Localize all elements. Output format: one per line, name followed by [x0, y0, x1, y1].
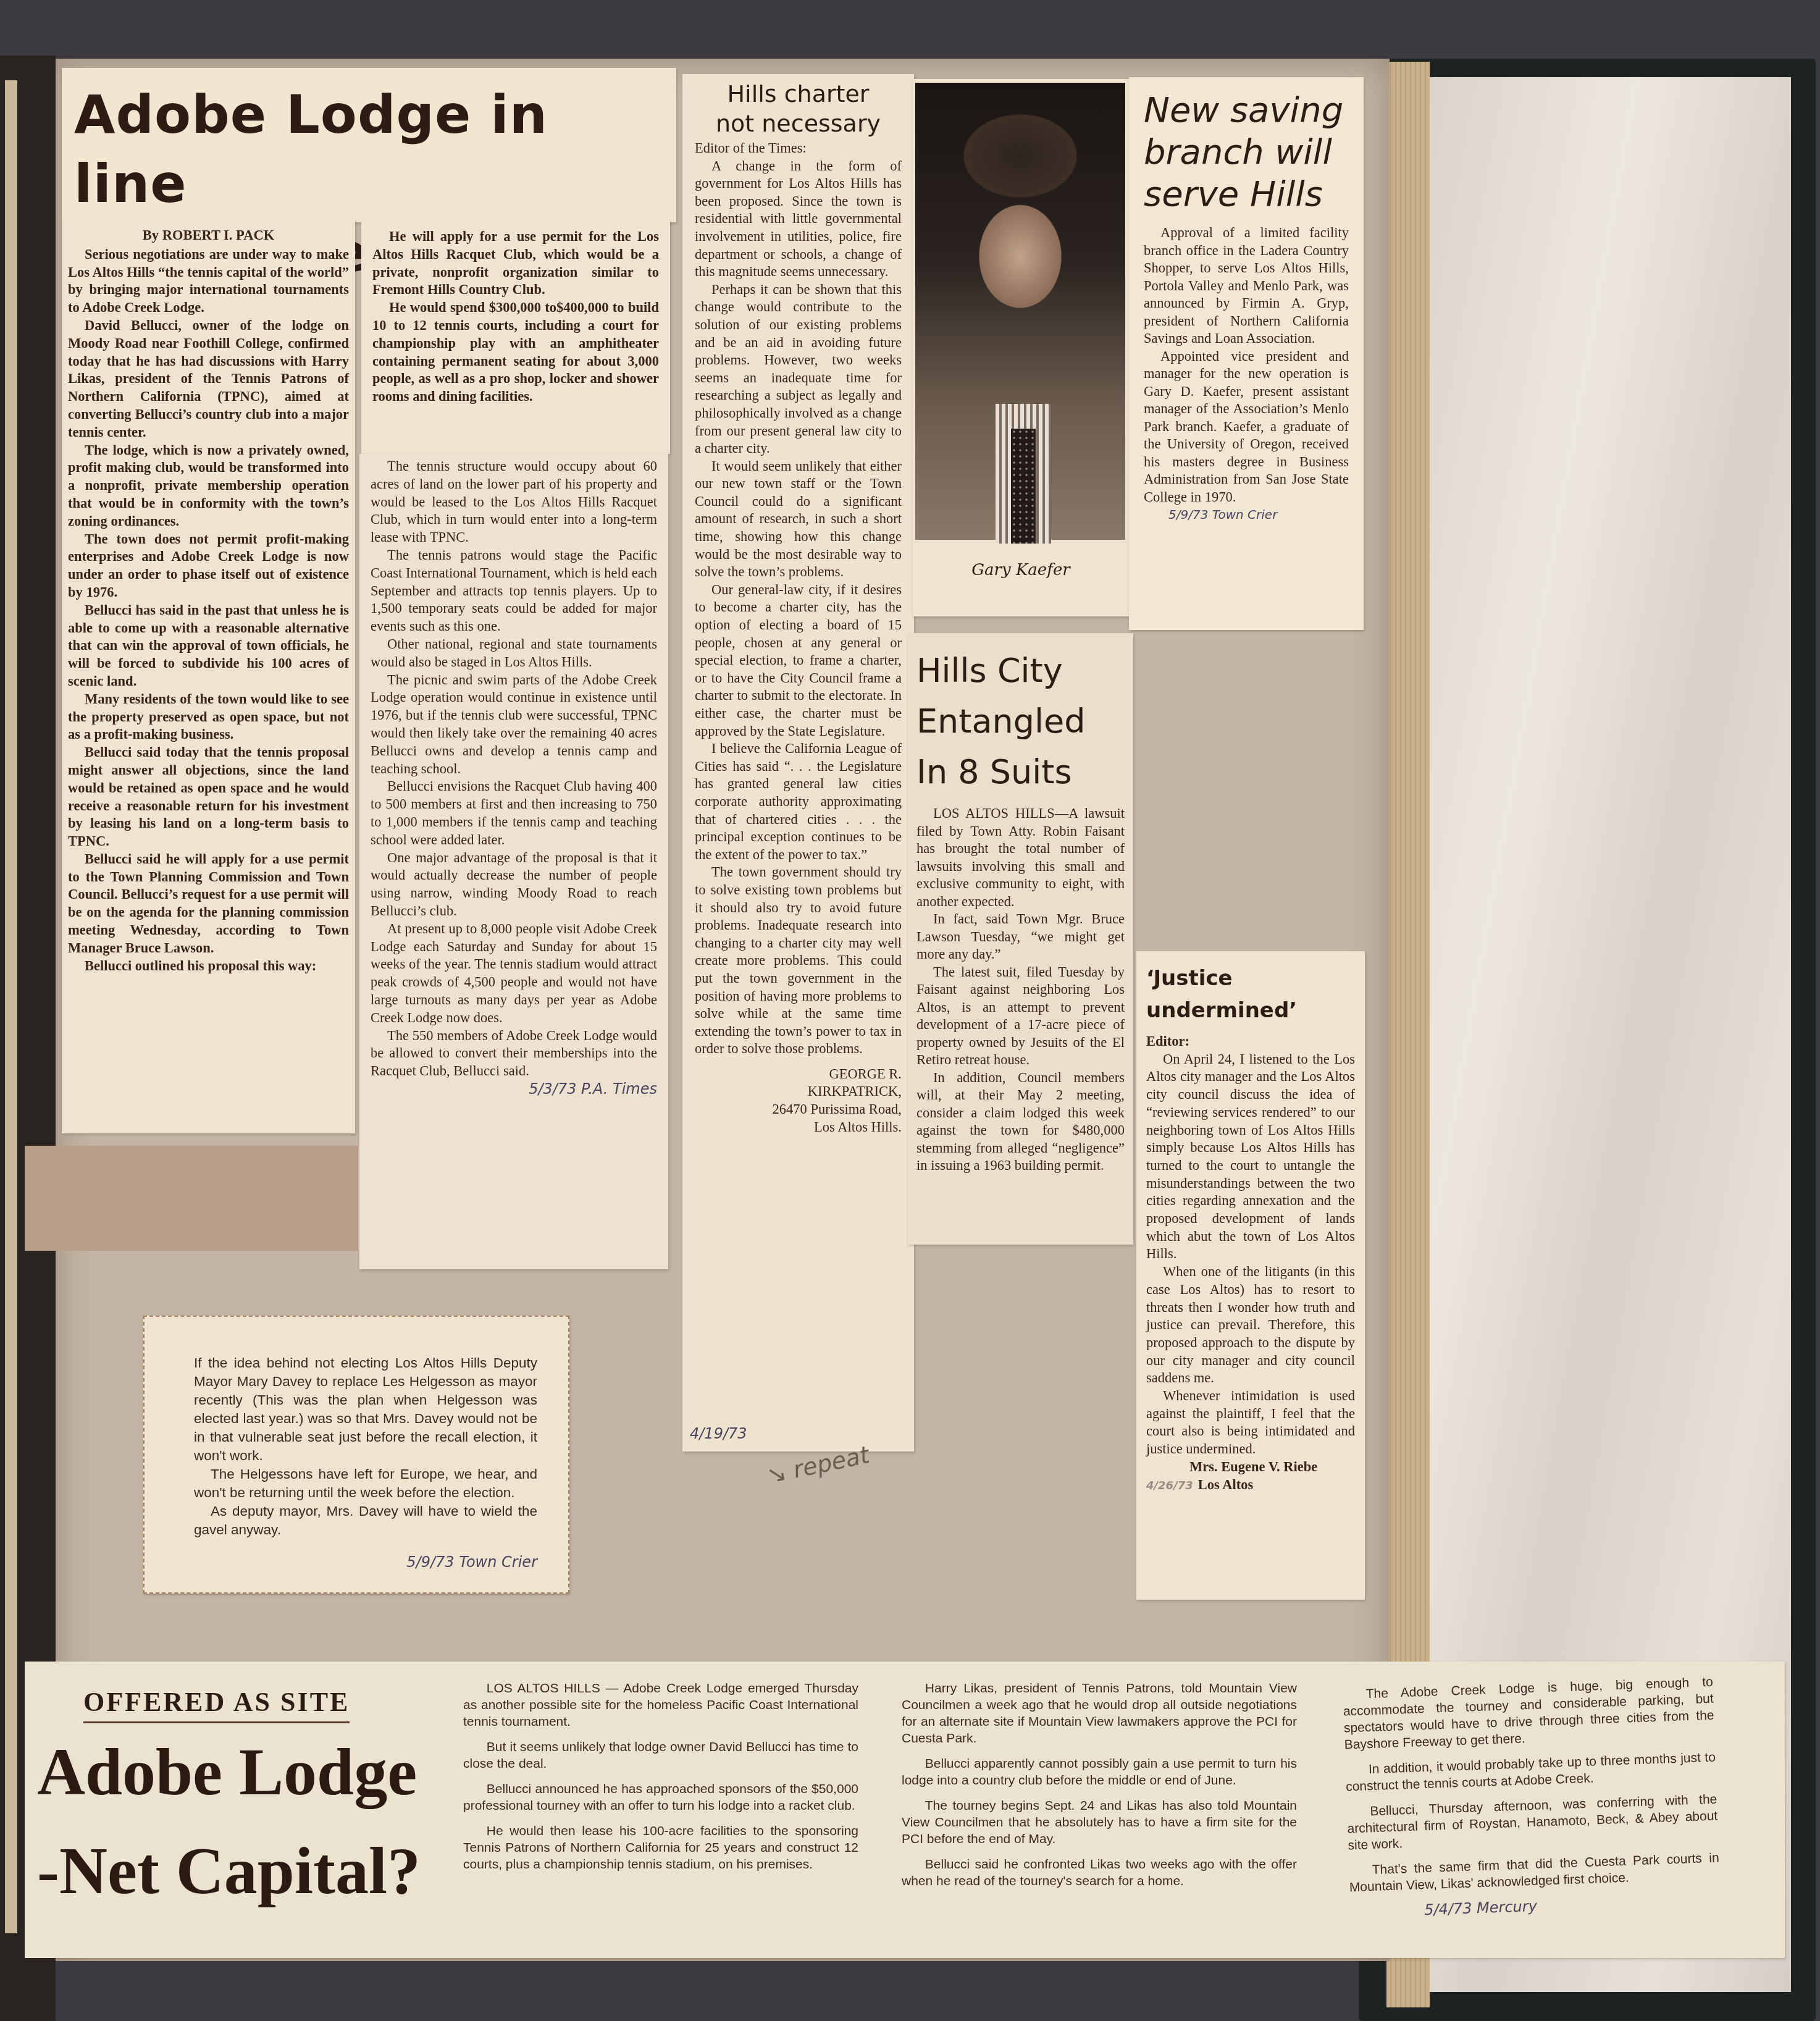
signature-name: Mrs. Eugene V. Riebe — [1146, 1458, 1355, 1476]
paragraph: When one of the litigants (in this case … — [1146, 1263, 1355, 1387]
article-adobe-lodge-column-1: By ROBERT I. PACK Serious negotiations a… — [62, 219, 355, 1133]
paragraph: But it seems unlikely that lodge owner D… — [463, 1739, 858, 1772]
paragraph: In addition, it would probably take up t… — [1345, 1749, 1717, 1796]
paragraph: Appointed vice president and manager for… — [1144, 348, 1349, 506]
headline: ‘Justice undermined’ — [1146, 962, 1355, 1027]
handwritten-note: 5/9/73 Town Crier — [1144, 506, 1349, 524]
paragraph: He will apply for a use permit for the L… — [372, 228, 659, 299]
handwritten-date: 4/19/73 — [690, 1425, 747, 1443]
paragraph: Bellucci apparently cannot possibly gain… — [902, 1755, 1297, 1789]
paragraph: Approval of a limited facility branch of… — [1144, 224, 1349, 348]
signature: GEORGE R. KIRKPATRICK, 26470 Purissima R… — [695, 1065, 902, 1136]
signature-city: 4/26/73Los Altos — [1146, 1476, 1355, 1495]
headline: Adobe Lodge -Net Capital? — [37, 1723, 451, 1921]
paragraph: He would spend $300,000 to$400,000 to bu… — [372, 299, 659, 406]
paragraph: The town government should try to solve … — [695, 863, 902, 1058]
salutation: Editor: — [1146, 1033, 1355, 1051]
photo-caption: Gary Kaefer — [913, 561, 1129, 579]
paragraph: Other national, regional and state tourn… — [371, 636, 657, 671]
column-3: The Adobe Creek Lodge is huge, big enoug… — [1343, 1674, 1721, 1922]
paragraph: It would seem unlikely that either our n… — [695, 458, 902, 581]
paragraph: LOS ALTOS HILLS—A lawsuit filed by Town … — [916, 805, 1125, 910]
paragraph: Bellucci said today that the tennis prop… — [68, 744, 349, 851]
paragraph: As deputy mayor, Mrs. Davey will have to… — [194, 1502, 537, 1539]
paragraph: That's the same firm that did the Cuesta… — [1348, 1849, 1720, 1896]
paragraph: Bellucci has said in the past that unles… — [68, 602, 349, 691]
headline: New saving branch will serve Hills — [1144, 90, 1349, 216]
paragraph: The tennis structure would occupy about … — [371, 458, 657, 547]
polka-dot-tie — [1011, 429, 1036, 544]
paragraph: In fact, said Town Mgr. Bruce Lawson Tue… — [916, 910, 1125, 964]
paragraph: The Adobe Creek Lodge is huge, big enoug… — [1343, 1674, 1715, 1754]
paragraph: The latest suit, filed Tuesday by Faisan… — [916, 964, 1125, 1069]
paragraph: LOS ALTOS HILLS — Adobe Creek Lodge emer… — [463, 1680, 858, 1730]
town-crier-snippet: If the idea behind not electing Los Alto… — [143, 1316, 569, 1594]
paragraph: Bellucci announced he has approached spo… — [463, 1781, 858, 1814]
paragraph: Bellucci outlined his proposal this way: — [68, 957, 349, 975]
paragraph: The tourney begins Sept. 24 and Likas ha… — [902, 1797, 1297, 1847]
handwritten-note: 5/4/73 Mercury — [1350, 1891, 1721, 1921]
salutation: Editor of the Times: — [695, 140, 902, 158]
article-adobe-lodge-column-2-top: He will apply for a use permit for the L… — [361, 219, 670, 454]
left-page-edge — [5, 80, 17, 1933]
headline: Hills charter not necessary — [695, 79, 902, 138]
handwritten-date: 4/26/73 — [1146, 1479, 1193, 1492]
paragraph: The town does not permit profit-making e… — [68, 531, 349, 602]
paragraph: The picnic and swim parts of the Adobe C… — [371, 671, 657, 778]
paragraph: Many residents of the town would like to… — [68, 691, 349, 744]
handwritten-note: 5/9/73 Town Crier — [194, 1553, 537, 1571]
paragraph: The 550 members of Adobe Creek Lodge wou… — [371, 1027, 657, 1080]
letter-justice-undermined: ‘Justice undermined’ Editor: On April 24… — [1136, 951, 1365, 1600]
paragraph: One major advantage of the proposal is t… — [371, 849, 657, 920]
background-wall — [0, 0, 1820, 62]
letter-hills-charter: Hills charter not necessary Editor of th… — [682, 74, 914, 1452]
headline-block: OFFERED AS SITE Adobe Lodge -Net Capital… — [25, 1686, 451, 1921]
column-2: Harry Likas, president of Tennis Patrons… — [902, 1680, 1297, 1898]
paragraph: In addition, Council members will, at th… — [916, 1069, 1125, 1175]
paragraph: David Bellucci, owner of the lodge on Mo… — [68, 317, 349, 442]
paragraph: At present up to 8,000 people visit Adob… — [371, 920, 657, 1027]
paragraph: On April 24, I listened to the Los Altos… — [1146, 1051, 1355, 1263]
paragraph: The lodge, which is now a privately owne… — [68, 442, 349, 531]
article-hills-city-entangled: Hills City Entangled In 8 Suits LOS ALTO… — [908, 633, 1133, 1245]
paragraph: Harry Likas, president of Tennis Patrons… — [902, 1680, 1297, 1747]
paragraph: Bellucci envisions the Racquet Club havi… — [371, 778, 657, 849]
portrait-photo — [915, 83, 1125, 540]
paragraph: Bellucci said he confronted Likas two we… — [902, 1856, 1297, 1889]
byline: By ROBERT I. PACK — [68, 227, 349, 245]
paragraph: Perhaps it can be shown that this change… — [695, 281, 902, 458]
article-new-saving-branch: New saving branch will serve Hills Appro… — [1129, 77, 1364, 630]
portrait-photo-clipping: Gary Kaefer — [913, 79, 1129, 616]
paragraph: The tennis patrons would stage the Pacif… — [371, 547, 657, 636]
paragraph: A change in the form of government for L… — [695, 158, 902, 281]
paragraph: He would then lease his 100-acre facilit… — [463, 1823, 858, 1873]
column-1: LOS ALTOS HILLS — Adobe Creek Lodge emer… — [463, 1680, 858, 1881]
handwritten-note: 5/3/73 P.A. Times — [371, 1080, 657, 1098]
article-adobe-lodge-headline: Adobe Lodge in line as new tennis capita… — [62, 68, 676, 222]
paragraph: Bellucci, Thursday afternoon, was confer… — [1346, 1791, 1718, 1854]
paragraph: If the idea behind not electing Los Alto… — [194, 1354, 537, 1465]
paragraph: The Helgessons have left for Europe, we … — [194, 1465, 537, 1502]
paragraph: Serious negotiations are under way to ma… — [68, 246, 349, 317]
kicker: OFFERED AS SITE — [83, 1686, 350, 1723]
paragraph: Our general-law city, if it desires to b… — [695, 581, 902, 740]
blank-paper-patch — [25, 1146, 358, 1251]
paragraph: Whenever intimidation is used against th… — [1146, 1387, 1355, 1458]
paragraph: I believe the California League of Citie… — [695, 740, 902, 863]
article-adobe-lodge-column-2-bottom: The tennis structure would occupy about … — [359, 454, 668, 1269]
paragraph: Bellucci said he will apply for a use pe… — [68, 851, 349, 957]
headline: Hills City Entangled In 8 Suits — [916, 645, 1125, 797]
article-offered-as-site: OFFERED AS SITE Adobe Lodge -Net Capital… — [25, 1662, 1785, 1958]
